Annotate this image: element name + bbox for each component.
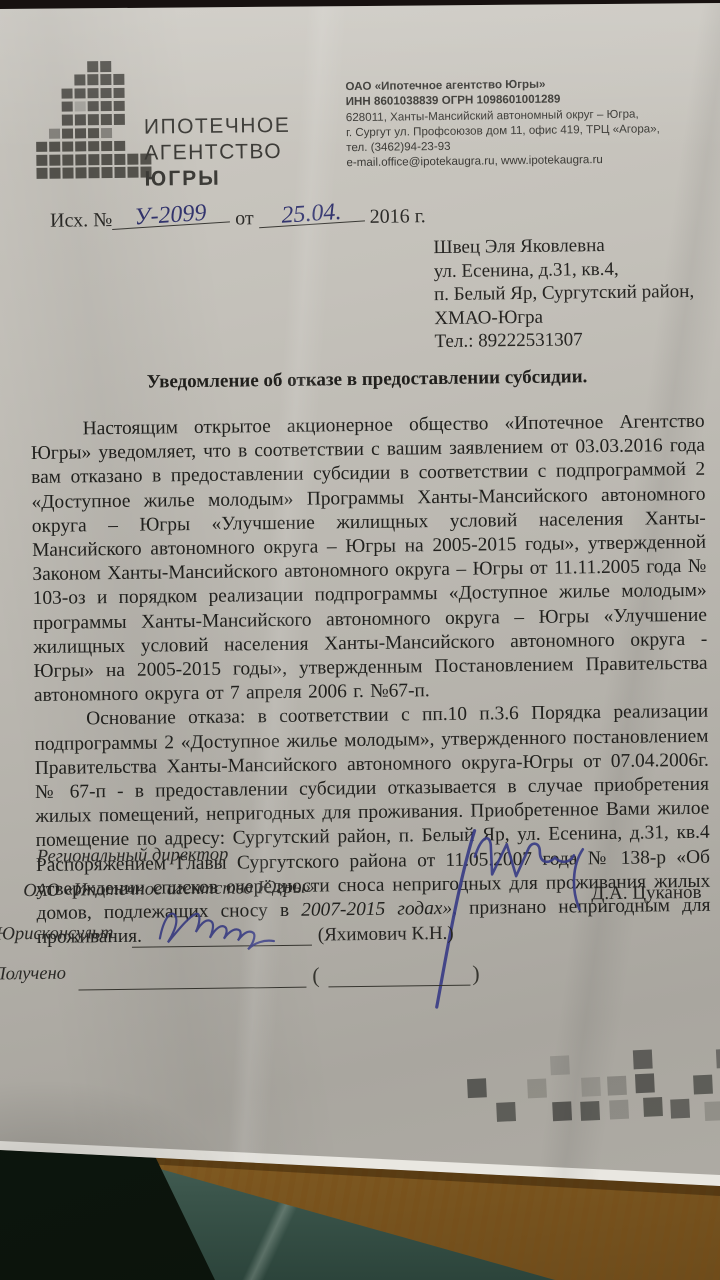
- decor-square: [581, 1077, 601, 1097]
- logo-square: [62, 115, 73, 126]
- logo-square: [49, 128, 60, 139]
- footer-mosaic-pattern: [444, 1036, 720, 1150]
- received-label: Получено: [0, 964, 66, 986]
- logo-square: [101, 154, 112, 165]
- company-info-block: ОАО «Ипотечное агентство Югры»ИНН 860103…: [345, 75, 706, 171]
- jurist-signature: [141, 896, 322, 953]
- outgoing-ref-line: Исх. №У-2099 от 25.04. 2016 г.: [50, 205, 426, 233]
- ref-year: 2016 г.: [370, 205, 426, 228]
- logo-square: [49, 168, 60, 179]
- ref-date-handwritten: 25.04.: [257, 200, 364, 228]
- logo-square: [87, 74, 98, 85]
- decor-square: [635, 1073, 655, 1093]
- logo-square: [127, 167, 138, 178]
- logo-square: [101, 167, 112, 178]
- decor-square: [467, 1078, 487, 1098]
- logo-square: [62, 128, 73, 139]
- document-title: Уведомление об отказе в предоставлении с…: [57, 365, 677, 395]
- decor-square: [704, 1101, 720, 1121]
- logo-square: [62, 155, 73, 166]
- ref-prefix: Исх. №: [50, 209, 112, 232]
- logo-word-line: ЮГРЫ: [144, 165, 291, 193]
- decor-square: [527, 1078, 547, 1098]
- logo-square: [100, 74, 111, 85]
- document-content: ИПОТЕЧНОЕ АГЕНТСТВО ЮГРЫ ОАО «Ипотечное …: [0, 0, 720, 1280]
- logo-square: [88, 168, 99, 179]
- logo-square: [62, 168, 73, 179]
- logo-square: [75, 101, 86, 112]
- decor-square: [716, 1049, 720, 1069]
- director-signature: [410, 815, 612, 1017]
- logo-square: [88, 154, 99, 165]
- logo-square: [100, 61, 111, 72]
- logo-square: [75, 168, 86, 179]
- logo-square: [62, 141, 73, 152]
- logo-square: [88, 114, 99, 125]
- agency-logo-mosaic: [35, 60, 156, 181]
- logo-square: [127, 154, 138, 165]
- logo-square: [74, 88, 85, 99]
- logo-square: [36, 142, 47, 153]
- addressee-line: ХМАО-Югра: [434, 303, 694, 330]
- ref-ot-label: от: [235, 207, 254, 229]
- company-info-line: e-mail.office@ipotekaugra.ru, www.ipotek…: [346, 151, 706, 171]
- logo-square: [74, 75, 85, 86]
- logo-square: [87, 61, 98, 72]
- decor-square: [693, 1075, 713, 1095]
- logo-square: [75, 128, 86, 139]
- logo-square: [36, 168, 47, 179]
- decor-square: [552, 1101, 572, 1121]
- agency-logo-wordmark: ИПОТЕЧНОЕ АГЕНТСТВО ЮГРЫ: [144, 113, 291, 193]
- logo-square: [114, 167, 125, 178]
- logo-square: [61, 88, 72, 99]
- photo-background: ИПОТЕЧНОЕ АГЕНТСТВО ЮГРЫ ОАО «Ипотечное …: [0, 0, 720, 1280]
- logo-square: [113, 87, 124, 98]
- logo-square: [88, 101, 99, 112]
- logo-square: [113, 74, 124, 85]
- addressee-line: ул. Есенина, д.31, кв.4,: [434, 256, 694, 283]
- ref-number-handwritten: У-2099: [111, 201, 230, 230]
- logo-word-line: ИПОТЕЧНОЕ: [144, 113, 291, 141]
- decor-square: [609, 1100, 629, 1120]
- logo-square: [88, 128, 99, 139]
- addressee-line: п. Белый Яр, Сургутский район,: [434, 280, 694, 307]
- decor-square: [633, 1049, 653, 1069]
- logo-square: [75, 141, 86, 152]
- addressee-line: Швец Эля Яковлевна: [433, 233, 693, 260]
- logo-square: [62, 101, 73, 112]
- logo-square: [114, 101, 125, 112]
- logo-square: [114, 154, 125, 165]
- logo-word-line: АГЕНТСТВО: [144, 139, 291, 167]
- addressee-line: Тел.: 89222531307: [434, 327, 694, 354]
- logo-square: [36, 155, 47, 166]
- addressee-block: Швец Эля Яковлевнаул. Есенина, д.31, кв.…: [433, 233, 695, 354]
- logo-square: [75, 154, 86, 165]
- logo-square: [114, 141, 125, 152]
- logo-square: [49, 141, 60, 152]
- decor-square: [670, 1099, 690, 1119]
- logo-square: [88, 141, 99, 152]
- decor-square: [496, 1102, 516, 1122]
- decor-square: [607, 1076, 627, 1096]
- logo-square: [101, 141, 112, 152]
- decor-square: [643, 1097, 663, 1117]
- logo-square: [100, 88, 111, 99]
- logo-square: [75, 115, 86, 126]
- decor-square: [580, 1101, 600, 1121]
- logo-square: [49, 155, 60, 166]
- director-position-line-1: Региональный директор: [23, 837, 315, 875]
- logo-square: [101, 101, 112, 112]
- received-paren-close: ): [472, 961, 480, 987]
- document-paper: ИПОТЕЧНОЕ АГЕНТСТВО ЮГРЫ ОАО «Ипотечное …: [0, 0, 720, 1280]
- body-paragraph-1: Настоящим открытое акционерное общество …: [31, 410, 708, 709]
- decor-square: [550, 1055, 570, 1075]
- received-line: [78, 987, 306, 991]
- jurist-name: (Яхимович К.Н.): [318, 923, 454, 947]
- logo-square: [101, 127, 112, 138]
- logo-square: [101, 114, 112, 125]
- logo-square: [87, 88, 98, 99]
- received-paren-open: (: [312, 963, 320, 989]
- jurist-label: Юрисконсульт: [0, 923, 114, 945]
- logo-square: [114, 114, 125, 125]
